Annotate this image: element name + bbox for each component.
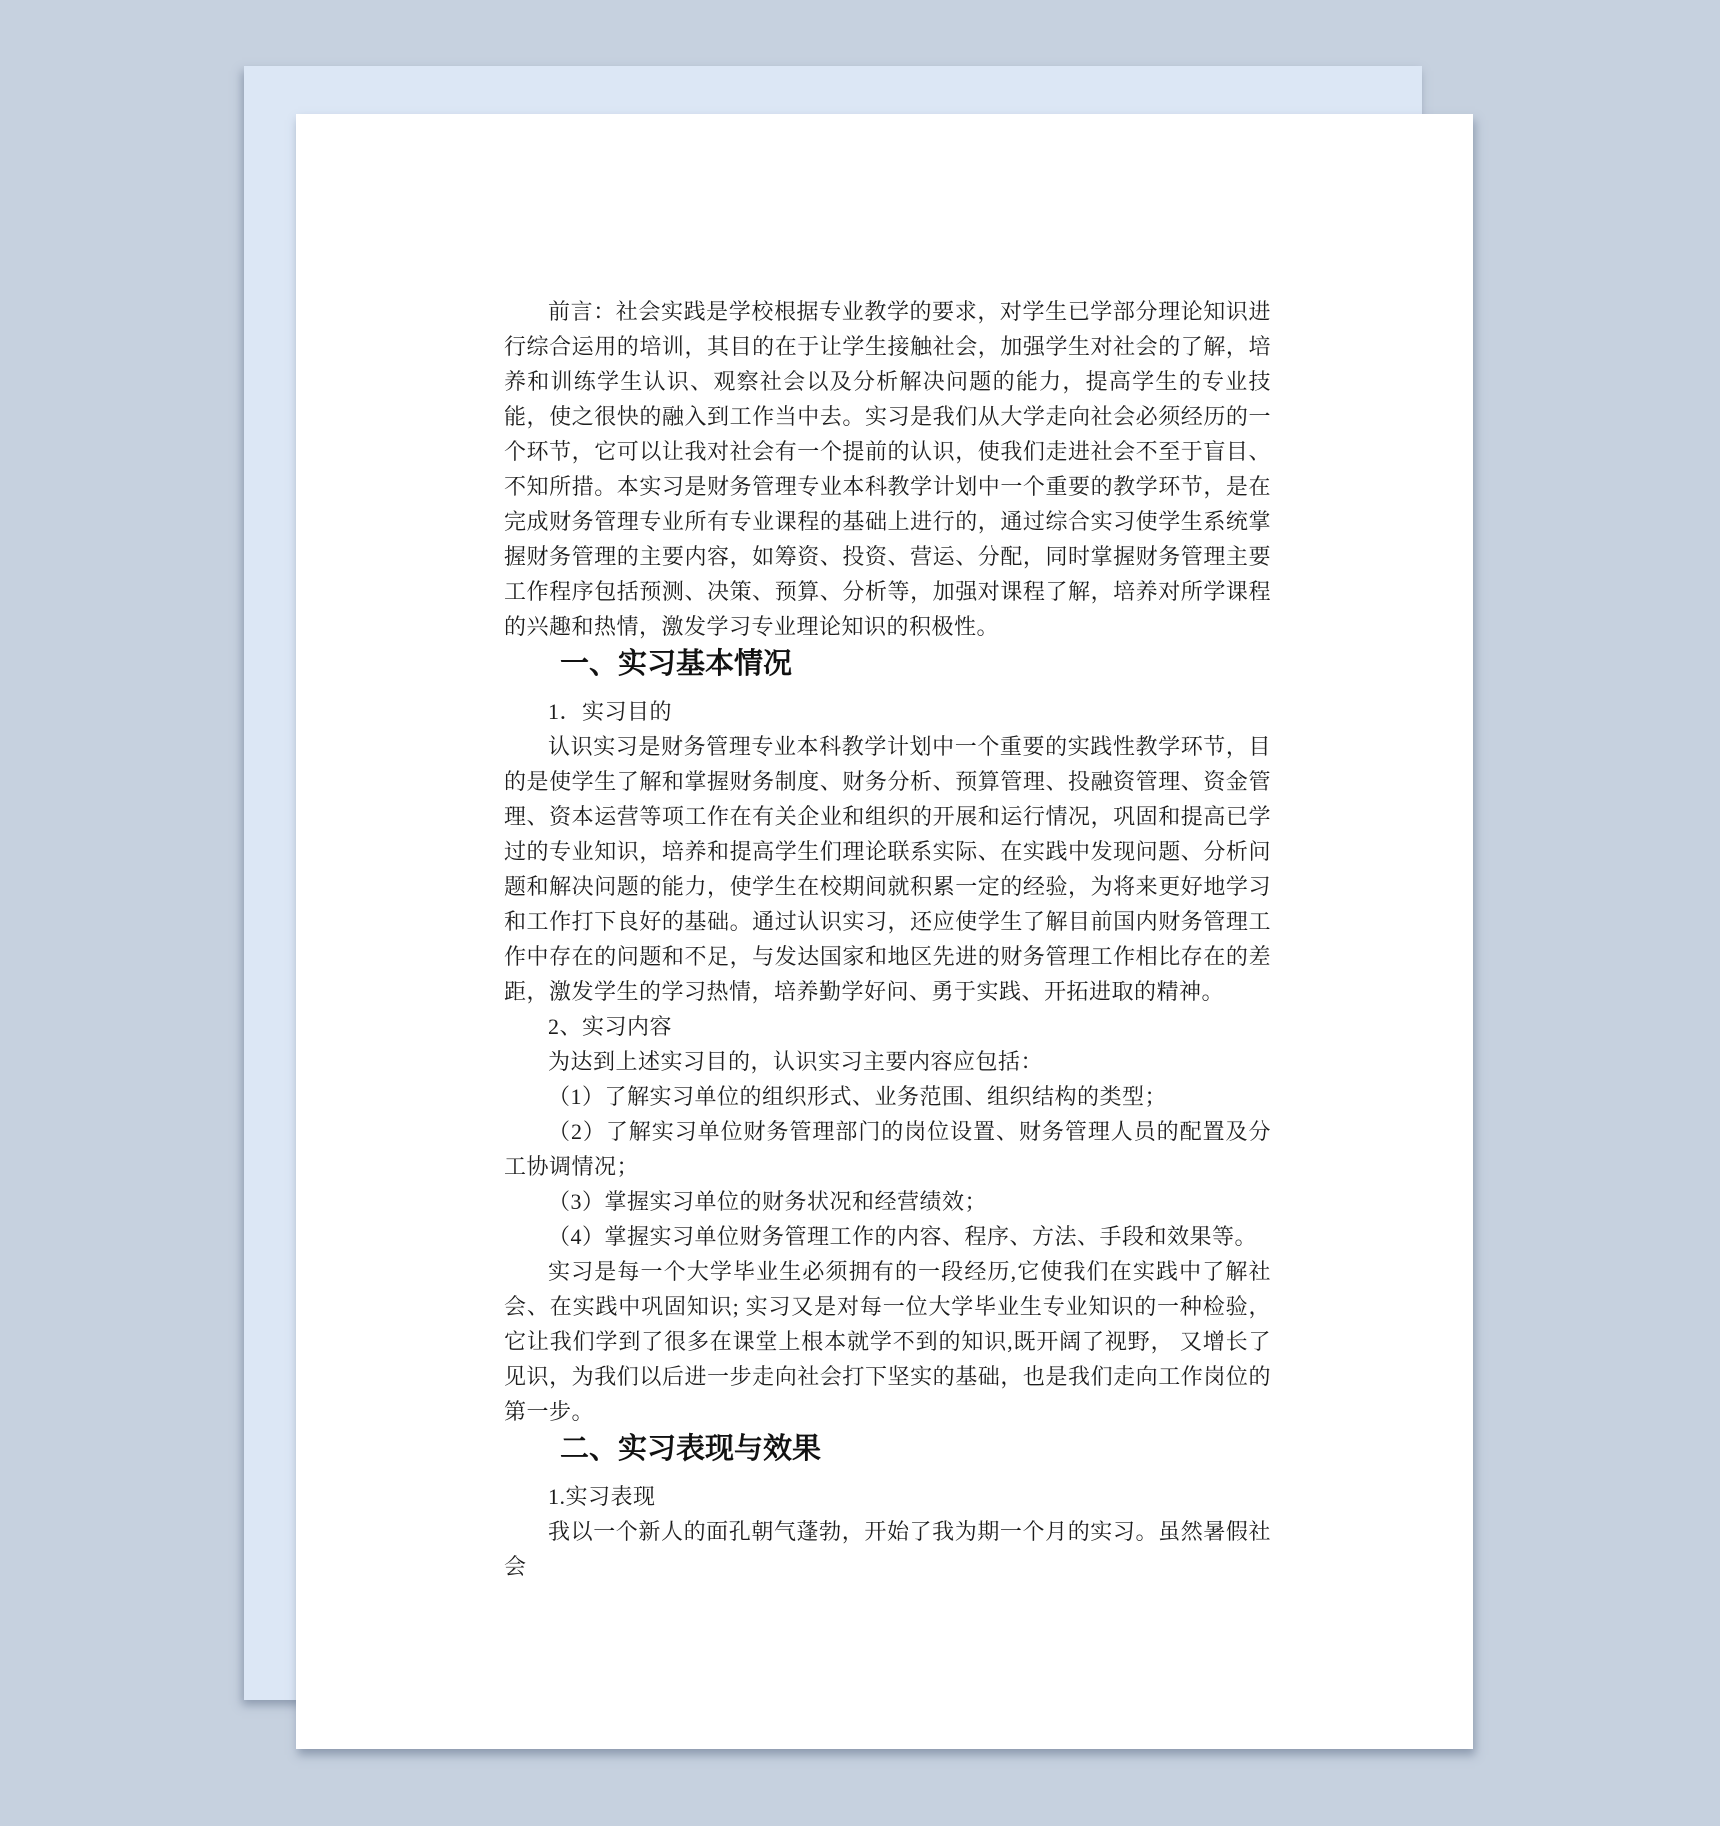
internship-significance-paragraph: 实习是每一个大学毕业生必须拥有的一段经历,它使我们在实践中了解社会、在实践中巩固… xyxy=(504,1254,1271,1429)
performance-paragraph: 我以一个新人的面孔朝气蓬勃，开始了我为期一个月的实习。虽然暑假社会 xyxy=(504,1514,1271,1584)
list-item-3: （3）掌握实习单位的财务状况和经营绩效； xyxy=(504,1184,1271,1219)
internship-purpose-paragraph: 认识实习是财务管理专业本科教学计划中一个重要的实践性教学环节，目的是使学生了解和… xyxy=(504,729,1271,1009)
subsection-1-1-title: 1．实习目的 xyxy=(504,694,1271,729)
intro-paragraph: 前言：社会实践是学校根据专业教学的要求，对学生已学部分理论知识进行综合运用的培训… xyxy=(504,294,1271,644)
content-lead-line: 为达到上述实习目的，认识实习主要内容应包括： xyxy=(504,1044,1271,1079)
list-item-4: （4）掌握实习单位财务管理工作的内容、程序、方法、手段和效果等。 xyxy=(504,1219,1271,1254)
subsection-2-1-title: 1.实习表现 xyxy=(504,1479,1271,1514)
list-item-1: （1）了解实习单位的组织形式、业务范围、组织结构的类型； xyxy=(504,1079,1271,1114)
section-1-heading: 一、实习基本情况 xyxy=(504,644,1271,684)
desktop-background: { "colors": { "canvas_background": "#c6d… xyxy=(0,0,1720,1826)
section-2-heading: 二、实习表现与效果 xyxy=(504,1429,1271,1469)
document-page: 前言：社会实践是学校根据专业教学的要求，对学生已学部分理论知识进行综合运用的培训… xyxy=(296,114,1473,1749)
subsection-1-2-title: 2、实习内容 xyxy=(504,1009,1271,1044)
list-item-2: （2）了解实习单位财务管理部门的岗位设置、财务管理人员的配置及分工协调情况； xyxy=(504,1114,1271,1184)
